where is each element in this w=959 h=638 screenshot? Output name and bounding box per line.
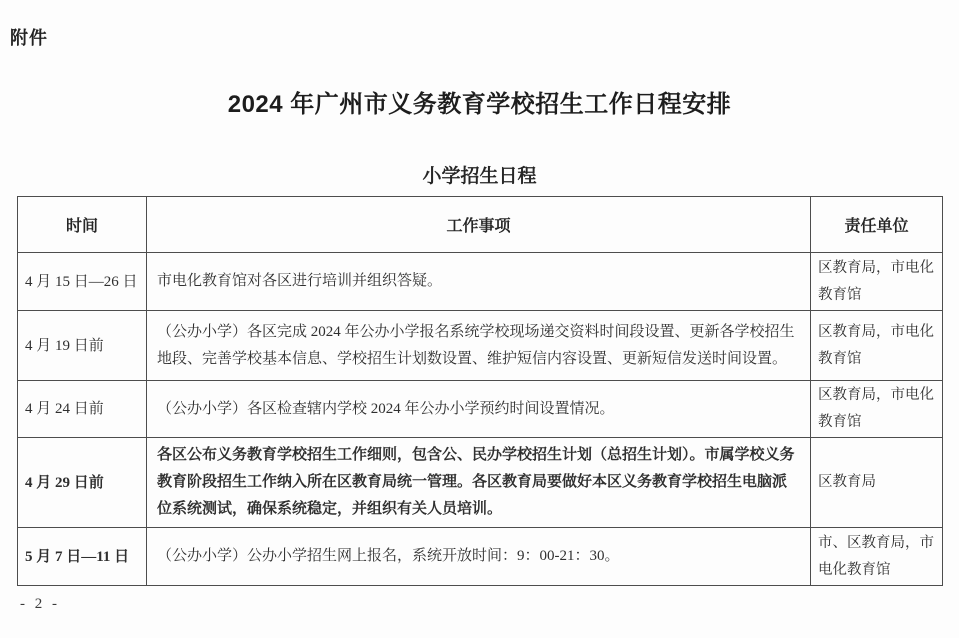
column-header-task: 工作事项 (147, 197, 811, 253)
table-header-row: 时间 工作事项 责任单位 (18, 197, 943, 253)
task-cell: （公办小学）公办小学招生网上报名，系统开放时间：9：00-21：30。 (147, 528, 811, 586)
unit-cell: 区教育局，市电化教育馆 (811, 253, 943, 311)
schedule-table: 时间 工作事项 责任单位 4 月 15 日—26 日 市电化教育馆对各区进行培训… (17, 196, 943, 586)
table-row: 4 月 19 日前 （公办小学）各区完成 2024 年公办小学报名系统学校现场递… (18, 311, 943, 381)
table-row: 4 月 24 日前 （公办小学）各区检查辖内学校 2024 年公办小学预约时间设… (18, 381, 943, 438)
task-cell: （公办小学）各区完成 2024 年公办小学报名系统学校现场递交资料时间段设置、更… (147, 311, 811, 381)
section-subtitle: 小学招生日程 (0, 161, 959, 188)
time-cell: 5 月 7 日—11 日 (18, 528, 147, 586)
time-cell: 4 月 24 日前 (18, 381, 147, 438)
page-title: 2024 年广州市义务教育学校招生工作日程安排 (0, 84, 959, 119)
unit-cell: 区教育局 (811, 438, 943, 528)
time-cell: 4 月 29 日前 (18, 438, 147, 528)
unit-cell: 区教育局，市电化教育馆 (811, 381, 943, 438)
table-row: 4 月 15 日—26 日 市电化教育馆对各区进行培训并组织答疑。 区教育局，市… (18, 253, 943, 311)
time-cell: 4 月 19 日前 (18, 311, 147, 381)
unit-cell: 市、区教育局，市电化教育馆 (811, 528, 943, 586)
task-cell: （公办小学）各区检查辖内学校 2024 年公办小学预约时间设置情况。 (147, 381, 811, 438)
document-page: 附件 2024 年广州市义务教育学校招生工作日程安排 小学招生日程 时间 工作事… (0, 0, 959, 638)
table-row: 4 月 29 日前 各区公布义务教育学校招生工作细则，包含公、民办学校招生计划（… (18, 438, 943, 528)
column-header-unit: 责任单位 (811, 197, 943, 253)
task-cell: 市电化教育馆对各区进行培训并组织答疑。 (147, 253, 811, 311)
column-header-time: 时间 (18, 197, 147, 253)
task-cell: 各区公布义务教育学校招生工作细则，包含公、民办学校招生计划（总招生计划）。市属学… (147, 438, 811, 528)
attachment-label: 附件 (10, 24, 48, 50)
table-row: 5 月 7 日—11 日 （公办小学）公办小学招生网上报名，系统开放时间：9：0… (18, 528, 943, 586)
unit-cell: 区教育局，市电化教育馆 (811, 311, 943, 381)
page-number: - 2 - (20, 596, 60, 613)
time-cell: 4 月 15 日—26 日 (18, 253, 147, 311)
